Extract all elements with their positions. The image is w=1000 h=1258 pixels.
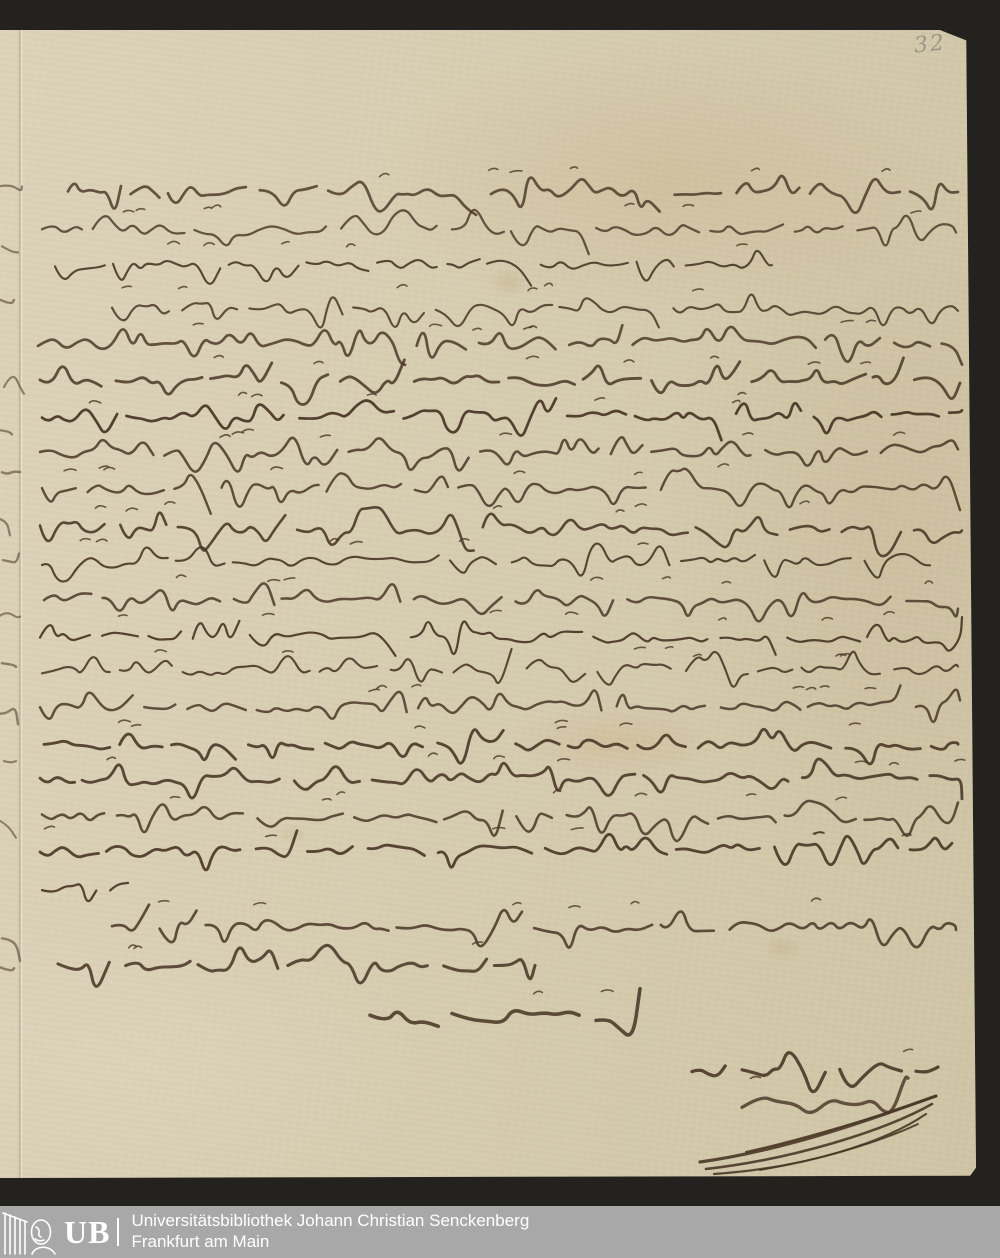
- manuscript-scan: 32 UB Universitätsbibliothek Johann Chri…: [0, 0, 1000, 1258]
- footer-library-name: Universitätsbibliothek Johann Christian …: [131, 1211, 529, 1232]
- library-logo: UB: [2, 1206, 131, 1258]
- footer-text: Universitätsbibliothek Johann Christian …: [131, 1211, 529, 1252]
- library-banner: UB Universitätsbibliothek Johann Christi…: [0, 1206, 1000, 1258]
- goethe-portrait-icon: [2, 1208, 60, 1256]
- folio-number: 32: [913, 30, 947, 58]
- logo-divider: [117, 1218, 119, 1246]
- logo-ub-text: UB: [64, 1216, 110, 1248]
- fold-crease: [18, 30, 23, 1178]
- footer-city: Frankfurt am Main: [131, 1232, 529, 1253]
- manuscript-page: [0, 30, 978, 1178]
